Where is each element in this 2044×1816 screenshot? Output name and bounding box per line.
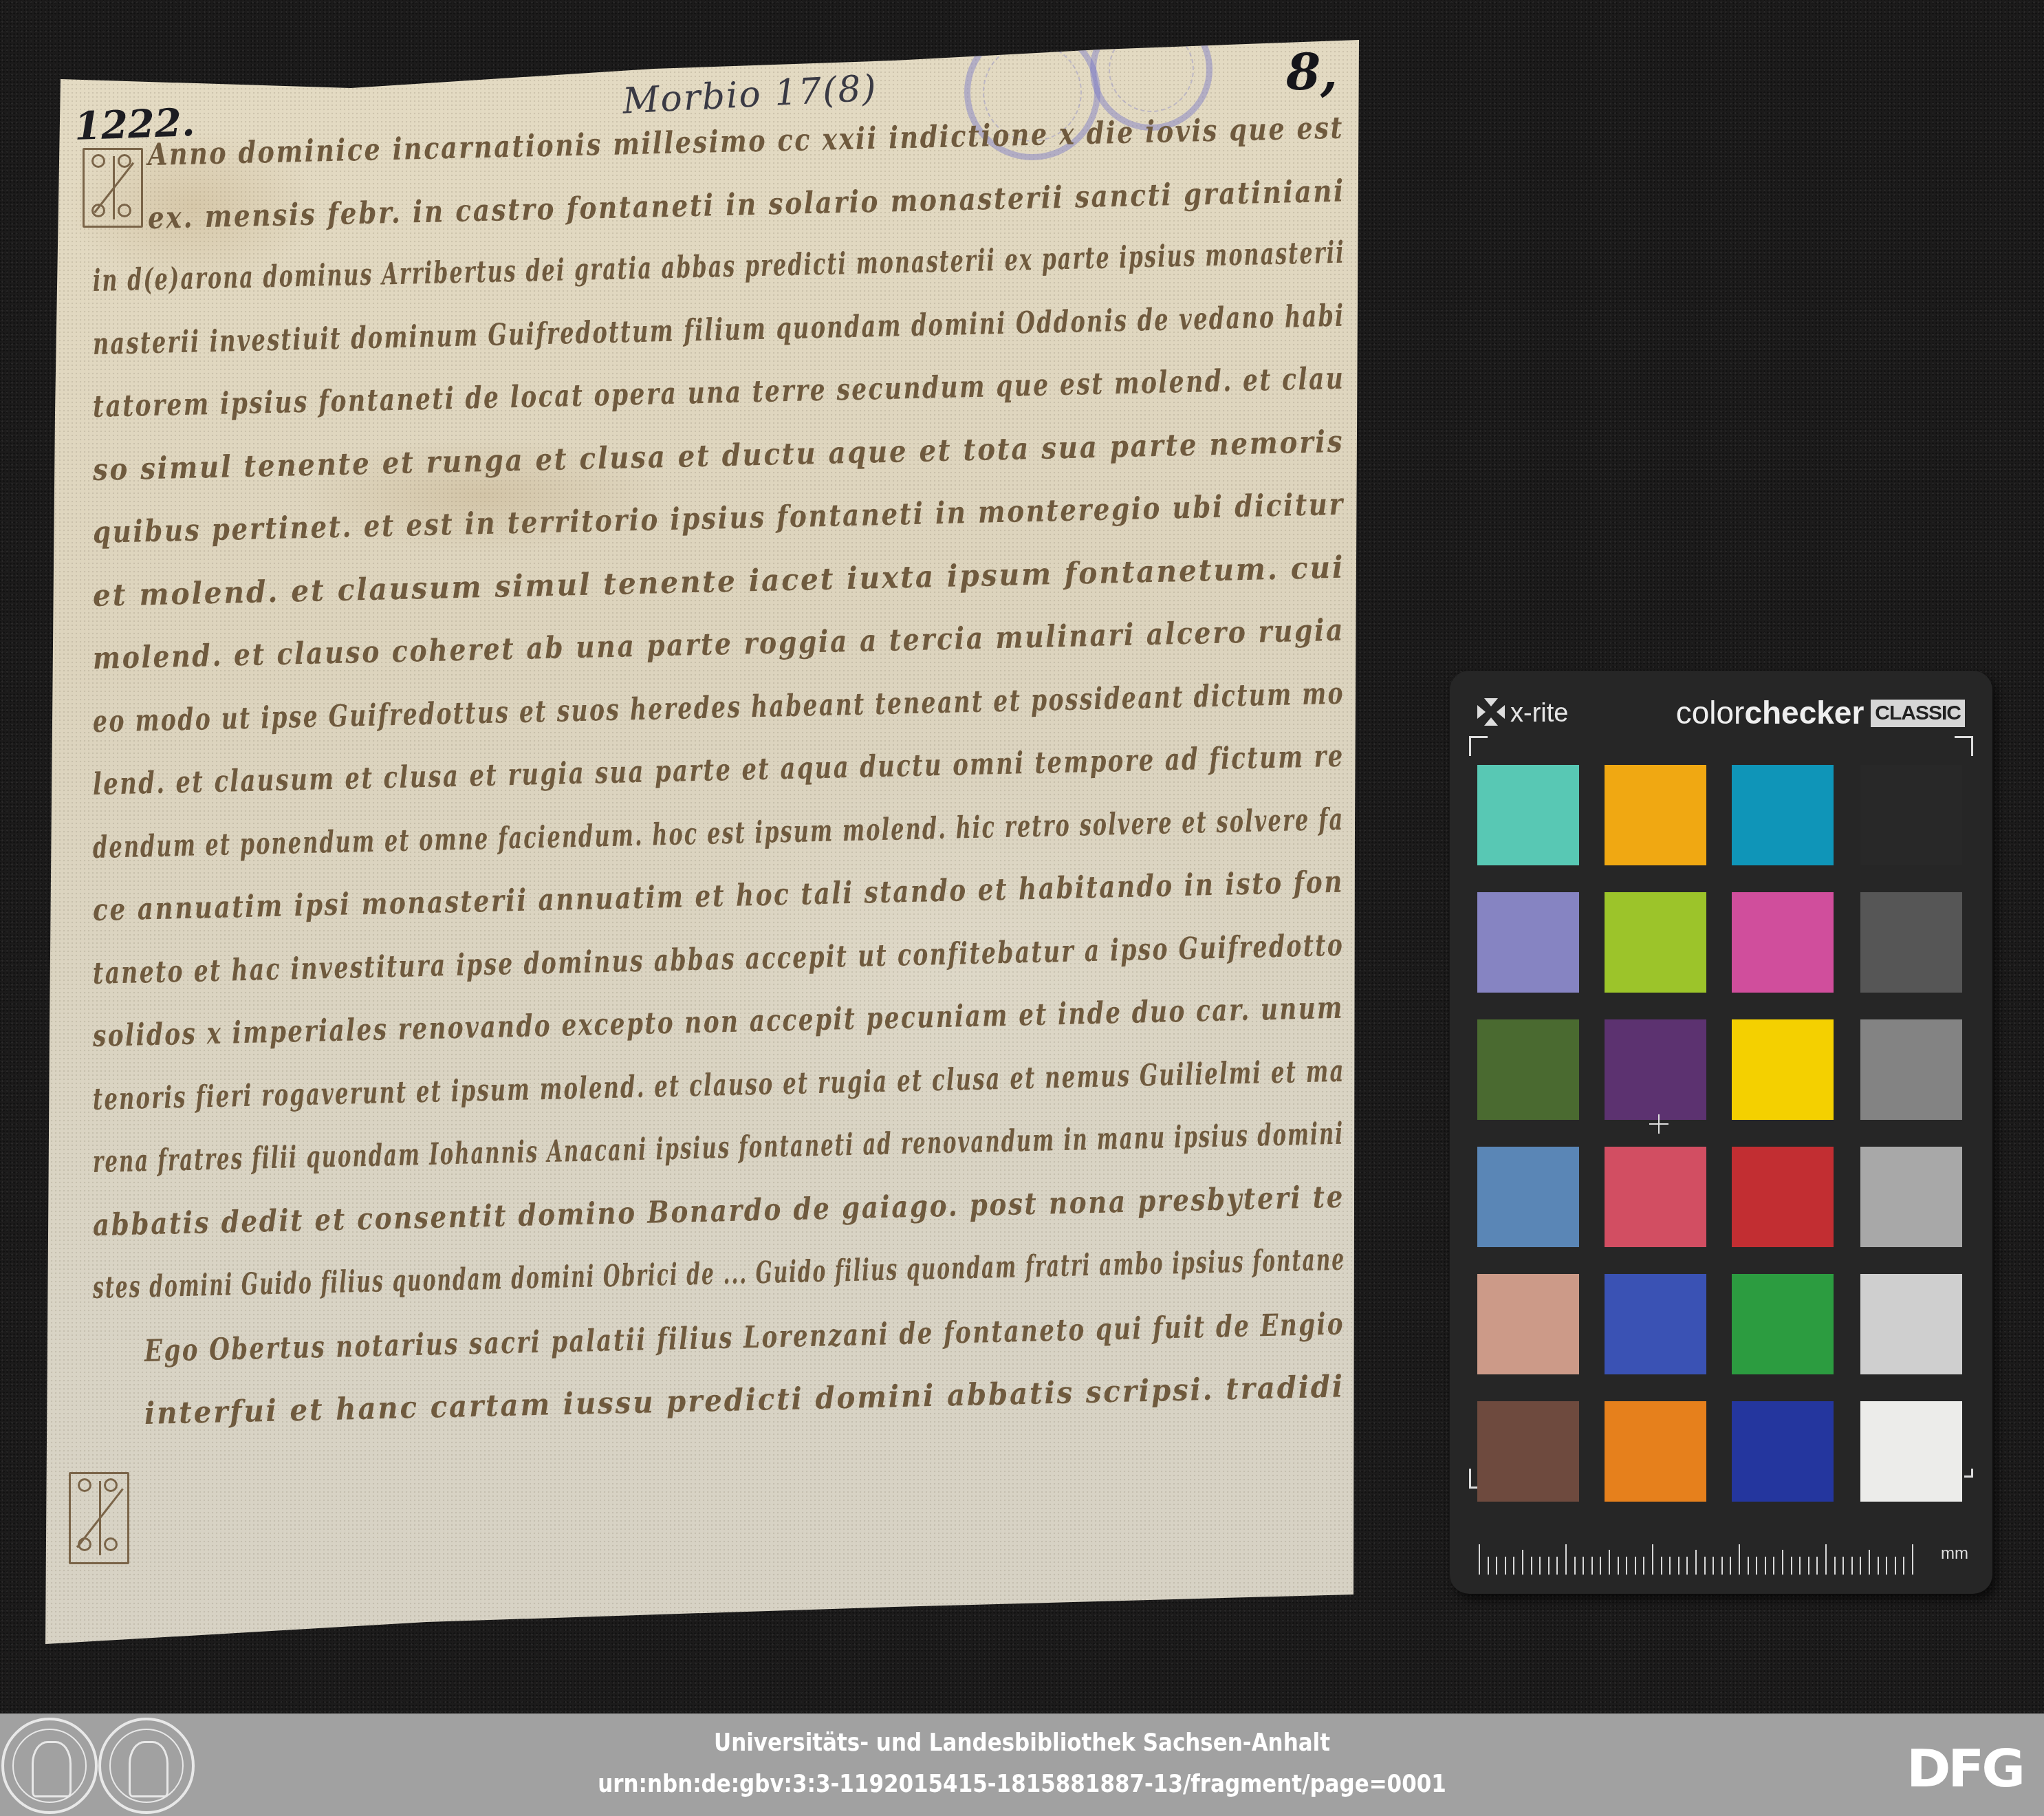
text-line: solidos x imperiales renovando excepto n… [92,991,1344,1054]
institution-name: Universitäts- und Landesbibliothek Sachs… [143,1729,1901,1757]
crop-mark-icon [1955,736,1973,756]
xrite-logo: x-rite [1477,698,1568,728]
dfg-logo: DFG [1906,1740,2023,1799]
color-patch [1477,1147,1579,1247]
ruler-tick [1808,1557,1809,1575]
library-stamp-icon [1090,8,1213,131]
text-line: ex. mensis febr. in castro fontaneti in … [147,173,1345,235]
color-patch [1477,1274,1579,1374]
ruler-tick [1652,1544,1653,1575]
color-patch [1605,1401,1706,1502]
ruler-tick [1513,1557,1514,1575]
color-patch [1605,1147,1706,1247]
notarial-signum-icon [69,1472,129,1564]
ruler-tick [1791,1557,1792,1575]
ruler-tick [1479,1544,1480,1575]
ruler-tick [1721,1557,1723,1575]
classic-badge: CLASSIC [1871,700,1965,727]
text-line: nasterii investiuit dominum Guifredottum… [92,298,1345,361]
ruler-tick [1816,1557,1818,1575]
ruler-tick [1548,1557,1550,1575]
color-patch [1860,1147,1962,1247]
color-patch [1732,1401,1834,1502]
color-patch [1477,765,1579,865]
colorchecker-card: x-rite colorcheckerCLASSIC mm [1450,671,1992,1594]
color-patch [1477,892,1579,993]
color-patch [1860,1019,1962,1120]
color-patch [1605,1274,1706,1374]
ruler-tick [1903,1557,1904,1575]
text-line: ce annuatim ipsi monasterii annuatim et … [92,865,1344,928]
text-line: abbatis dedit et consentit domino Bonard… [92,1179,1345,1242]
ruler-tick [1583,1557,1584,1575]
ruler-tick [1626,1557,1627,1575]
ruler-tick [1496,1557,1497,1575]
color-patch [1732,1274,1834,1374]
text-line: taneto et hac investitura ipse dominus a… [92,927,1344,991]
ruler-tick [1669,1557,1671,1575]
crop-mark-icon [1469,736,1488,756]
ruler-tick [1842,1557,1844,1575]
ruler-tick [1834,1557,1836,1575]
text-line: lend. et clausum et clusa et rugia sua p… [92,739,1345,802]
ruler-tick [1713,1557,1714,1575]
text-line: interfui et hanc cartam iussu predicti d… [144,1369,1345,1431]
ruler-tick [1565,1544,1567,1575]
color-patch [1732,1147,1834,1247]
mm-ruler: mm [1479,1544,1933,1575]
text-line: Ego Obertus notarius sacri palatii filiu… [144,1306,1345,1369]
library-footer: Universitäts- und Landesbibliothek Sachs… [0,1714,2044,1816]
ruler-tick [1635,1557,1636,1575]
text-line: so simul tenente et runga et clusa et du… [92,424,1344,487]
ruler-tick [1895,1557,1896,1575]
ruler-tick [1488,1557,1489,1575]
ruler-tick [1556,1557,1558,1575]
color-patch [1605,1019,1706,1120]
text-line: dendum et ponendum et omne faciendum. ho… [92,801,1344,865]
color-patch [1477,1019,1579,1120]
ruler-tick [1756,1557,1757,1575]
text-line: quibus pertinet. et est in territorio ip… [92,487,1345,550]
text-line: et molend. et clausum simul tenente iace… [92,550,1345,613]
ruler-tick [1912,1544,1913,1575]
ruler-tick [1505,1557,1506,1575]
ruler-tick [1574,1557,1576,1575]
urn-identifier: urn:nbn:de:gbv:3:3-1192015415-1815881887… [143,1770,1901,1798]
ruler-tick [1799,1557,1801,1575]
text-line: tatorem ipsius fontaneti de locat opera … [92,361,1345,424]
color-patch [1860,892,1962,993]
colorchecker-title: colorcheckerCLASSIC [1676,694,1965,731]
ruler-tick [1860,1557,1861,1575]
color-patch [1860,1401,1962,1502]
ruler-tick [1618,1557,1619,1575]
ruler-tick [1522,1550,1523,1575]
color-patch [1860,1274,1962,1374]
text-line: Anno dominice incarnationis millesimo cc… [147,111,1344,173]
crosshair-icon [1649,1114,1668,1134]
ruler-tick [1539,1557,1541,1575]
text-line: molend. et clauso coheret ab una parte r… [92,613,1345,676]
crop-mark-icon [1964,1469,1973,1478]
color-patch [1732,1019,1834,1120]
ruler-tick [1765,1557,1766,1575]
text-line: rena fratres filii quondam Iohannis Anac… [92,1116,1344,1180]
ruler-tick [1600,1557,1601,1575]
folio-number: 8, [1286,43,1338,101]
shelfmark-annotation: Morbio 17(8) [622,67,879,122]
text-line: eo modo ut ipse Guifredottus et suos her… [92,675,1345,739]
color-patch [1605,892,1706,993]
ruler-tick [1739,1544,1740,1575]
ruler-tick [1704,1557,1706,1575]
ruler-tick [1869,1550,1870,1575]
ruler-tick [1748,1557,1749,1575]
text-line: in d(e)arona dominus Arribertus dei grat… [92,235,1345,299]
ruler-tick [1661,1557,1662,1575]
ruler-tick [1825,1544,1827,1575]
ruler-tick [1686,1557,1688,1575]
color-patch [1477,1401,1579,1502]
xrite-mark-icon [1477,698,1505,726]
color-patch [1732,892,1834,993]
ruler-tick [1851,1557,1853,1575]
text-line: stes domini Guido filius quondam domini … [92,1242,1345,1306]
ruler-tick [1730,1557,1731,1575]
ruler-tick [1695,1550,1697,1575]
color-patch [1605,765,1706,865]
ruler-tick [1531,1557,1532,1575]
ruler-tick [1678,1557,1679,1575]
university-seal-halle-icon [1,1718,98,1814]
ruler-tick [1591,1557,1593,1575]
ruler-tick [1609,1550,1610,1575]
color-patch [1860,765,1962,865]
text-line: tenoris fieri rogaverunt et ipsum molend… [92,1053,1345,1116]
ruler-tick [1782,1550,1783,1575]
notarial-signum-icon [83,148,143,228]
ruler-tick [1643,1557,1644,1575]
color-patch [1732,765,1834,865]
ruler-tick [1773,1557,1774,1575]
ruler-tick [1886,1557,1887,1575]
ruler-tick [1878,1557,1879,1575]
